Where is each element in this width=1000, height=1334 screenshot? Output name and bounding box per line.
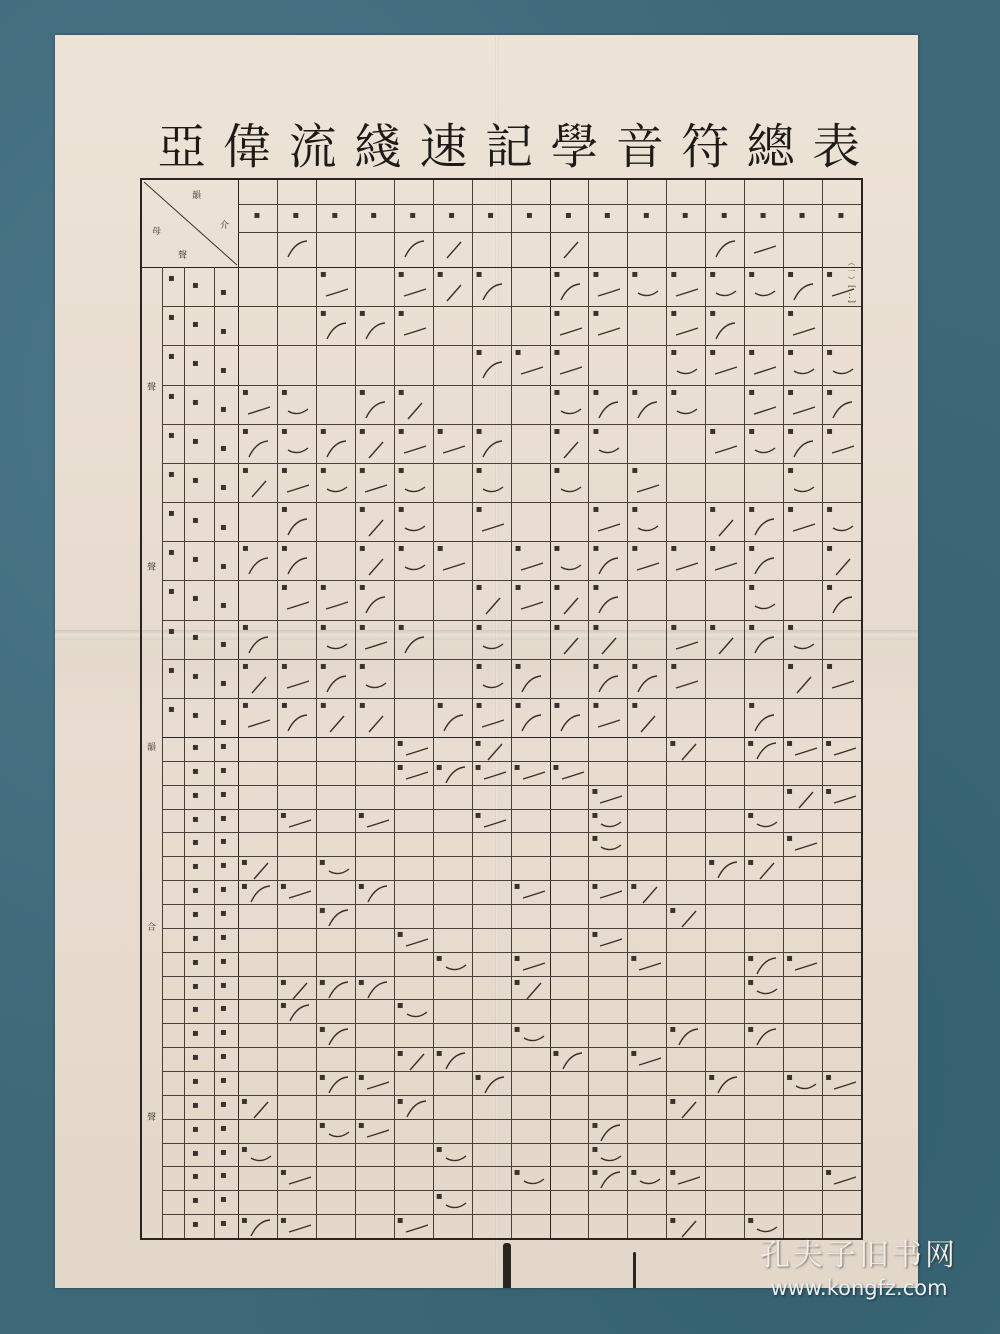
shorthand-stroke-icon <box>558 438 584 460</box>
cell-character-mark: ▪ <box>192 280 199 291</box>
shorthand-stroke-icon <box>596 594 622 616</box>
grid-line <box>355 180 356 1238</box>
shorthand-stroke-icon <box>830 438 856 460</box>
shorthand-stroke-icon <box>443 1193 469 1215</box>
cell-character-mark: ▪ <box>514 1167 521 1178</box>
shorthand-stroke-icon <box>521 1169 547 1191</box>
cell-character-mark: ▪ <box>826 426 833 437</box>
cell-character-mark: ▪ <box>748 543 755 554</box>
cell-character-mark: ▪ <box>670 347 677 358</box>
cell-character-mark: ▪ <box>826 504 833 515</box>
grid-line <box>142 267 861 268</box>
shorthand-stroke-icon <box>248 1146 274 1168</box>
cell-character-mark: ▪ <box>709 269 716 280</box>
cell-character-mark: ▪ <box>358 810 365 821</box>
shorthand-stroke-icon <box>558 238 584 260</box>
cell-character-mark: ▪ <box>591 1167 598 1178</box>
cell-character-mark: ▪ <box>281 504 288 515</box>
shorthand-stroke-icon <box>558 555 584 577</box>
cell-character-mark: ▪ <box>515 700 522 711</box>
shorthand-stroke-icon <box>754 812 780 834</box>
cell-character-mark: ▪ <box>786 738 793 749</box>
cell-character-mark: ▪ <box>630 881 637 892</box>
cell-character-mark: ▪ <box>242 426 249 437</box>
shorthand-stroke-icon <box>637 883 663 905</box>
cell-character-mark: ▪ <box>220 789 227 800</box>
shorthand-stroke-icon <box>287 883 313 905</box>
cell-character-mark: ▪ <box>320 700 327 711</box>
cell-character-mark: ▪ <box>192 475 199 486</box>
title-char: 表 <box>805 108 870 177</box>
cell-character-mark: ▪ <box>721 210 728 221</box>
cell-character-mark: ▪ <box>436 953 443 964</box>
row-group-label: 聲 <box>147 1110 156 1123</box>
shorthand-stroke-icon <box>791 359 817 381</box>
shorthand-stroke-icon <box>713 320 739 342</box>
cell-character-mark: ▪ <box>409 210 416 221</box>
shorthand-stroke-icon <box>521 979 547 1001</box>
cell-character-mark: ▪ <box>220 860 227 871</box>
shorthand-stroke-icon <box>752 634 778 656</box>
cell-character-mark: ▪ <box>787 426 794 437</box>
shorthand-stroke-icon <box>402 555 428 577</box>
shorthand-stroke-icon <box>287 812 313 834</box>
grid-line <box>162 620 861 621</box>
cell-character-mark: ▪ <box>747 977 754 988</box>
shorthand-stroke-icon <box>674 634 700 656</box>
cell-character-mark: ▪ <box>631 387 638 398</box>
title-char: 亞 <box>150 108 215 177</box>
cell-character-mark: ▪ <box>514 977 521 988</box>
cell-character-mark: ▪ <box>192 814 199 825</box>
shorthand-stroke-icon <box>285 712 311 734</box>
cell-character-mark: ▪ <box>747 738 754 749</box>
cell-character-mark: ▪ <box>826 269 833 280</box>
cell-character-mark: ▪ <box>220 884 227 895</box>
shorthand-stroke-icon <box>558 477 584 499</box>
cell-character-mark: ▪ <box>168 508 175 519</box>
cell-character-mark: ▪ <box>220 365 227 376</box>
grid-line <box>162 345 861 346</box>
cell-character-mark: ▪ <box>241 857 248 868</box>
shorthand-stroke-icon <box>480 281 506 303</box>
shorthand-stroke-icon <box>832 740 858 762</box>
cell-character-mark: ▪ <box>397 929 404 940</box>
cell-character-mark: ▪ <box>475 762 482 773</box>
watermark-url: www.kongfz.com <box>760 1276 958 1300</box>
cell-character-mark: ▪ <box>359 504 366 515</box>
shorthand-stroke-icon <box>285 399 311 421</box>
cell-character-mark: ▪ <box>437 426 444 437</box>
shorthand-stroke-icon <box>519 712 545 734</box>
cell-character-mark: ▪ <box>398 465 405 476</box>
cell-character-mark: ▪ <box>242 543 249 554</box>
margin-note: （一）[...] <box>843 258 857 304</box>
cell-character-mark: ▪ <box>748 700 755 711</box>
cell-character-mark: ▪ <box>220 482 227 493</box>
cell-character-mark: ▪ <box>709 308 716 319</box>
shorthand-stroke-icon <box>519 673 545 695</box>
grid-line <box>162 424 861 425</box>
cell-character-mark: ▪ <box>281 582 288 593</box>
cell-character-mark: ▪ <box>280 1000 287 1011</box>
cell-character-mark: ▪ <box>592 543 599 554</box>
cell-character-mark: ▪ <box>242 622 249 633</box>
shorthand-stroke-icon <box>402 516 428 538</box>
grid-line <box>511 180 512 1238</box>
cell-character-mark: ▪ <box>670 661 677 672</box>
shorthand-stroke-icon <box>441 281 467 303</box>
cell-character-mark: ▪ <box>709 426 716 437</box>
document-title: 亞偉流綫速記學音符總表 <box>150 108 870 177</box>
cell-character-mark: ▪ <box>436 762 443 773</box>
title-char: 流 <box>281 108 346 177</box>
shorthand-stroke-icon <box>324 594 350 616</box>
shorthand-stroke-icon <box>791 320 817 342</box>
cell-character-mark: ▪ <box>514 1024 521 1035</box>
shorthand-stroke-icon <box>713 634 739 656</box>
grid-line <box>162 580 861 581</box>
cell-character-mark: ▪ <box>192 1028 199 1039</box>
shorthand-stroke-icon <box>480 594 506 616</box>
shorthand-stroke-icon <box>830 673 856 695</box>
grid-line <box>162 785 861 786</box>
cell-character-mark: ▪ <box>319 905 326 916</box>
shorthand-stroke-icon <box>754 1026 780 1048</box>
grid-line <box>316 180 317 1238</box>
cell-character-mark: ▪ <box>192 1148 199 1159</box>
cell-character-mark: ▪ <box>358 1072 365 1083</box>
cell-character-mark: ▪ <box>786 953 793 964</box>
cell-character-mark: ▪ <box>320 308 327 319</box>
title-char: 總 <box>739 108 804 177</box>
cell-character-mark: ▪ <box>592 426 599 437</box>
shorthand-stroke-icon <box>598 835 624 857</box>
cell-character-mark: ▪ <box>220 717 227 728</box>
shorthand-stroke-icon <box>752 399 778 421</box>
cell-character-mark: ▪ <box>220 932 227 943</box>
cell-character-mark: ▪ <box>359 387 366 398</box>
shorthand-stroke-icon <box>793 1074 819 1096</box>
shorthand-stroke-icon <box>480 438 506 460</box>
shorthand-stroke-icon <box>715 1074 741 1096</box>
shorthand-stroke-icon <box>324 634 350 656</box>
title-char: 符 <box>674 108 739 177</box>
shorthand-stroke-icon <box>326 907 352 929</box>
cell-character-mark: ▪ <box>192 1004 199 1015</box>
grid-line <box>472 180 473 1238</box>
shorthand-stroke-icon <box>402 320 428 342</box>
title-char: 音 <box>608 108 673 177</box>
title-char: 偉 <box>215 108 280 177</box>
shorthand-stroke-icon <box>402 634 428 656</box>
shorthand-stroke-icon <box>363 516 389 538</box>
shorthand-stroke-icon <box>558 320 584 342</box>
cell-character-mark: ▪ <box>669 1215 676 1226</box>
cell-character-mark: ▪ <box>168 547 175 558</box>
cell-character-mark: ▪ <box>359 308 366 319</box>
cell-character-mark: ▪ <box>631 661 638 672</box>
cell-character-mark: ▪ <box>320 622 327 633</box>
cell-character-mark: ▪ <box>476 582 483 593</box>
cell-character-mark: ▪ <box>220 1170 227 1181</box>
shorthand-stroke-icon <box>596 281 622 303</box>
watermark: 孔夫子旧书网 www.kongfz.com <box>760 1230 958 1300</box>
grid-line <box>162 1095 861 1096</box>
shorthand-stroke-icon <box>598 931 624 953</box>
cell-character-mark: ▪ <box>747 857 754 868</box>
cell-character-mark: ▪ <box>554 426 561 437</box>
shorthand-stroke-icon <box>635 399 661 421</box>
cell-character-mark: ▪ <box>825 786 832 797</box>
cell-character-mark: ▪ <box>168 586 175 597</box>
cell-character-mark: ▪ <box>787 269 794 280</box>
cell-character-mark: ▪ <box>825 1072 832 1083</box>
shorthand-stroke-icon <box>363 438 389 460</box>
cell-character-mark: ▪ <box>476 426 483 437</box>
cell-character-mark: ▪ <box>786 833 793 844</box>
cell-character-mark: ▪ <box>280 1167 287 1178</box>
shorthand-stroke-icon <box>596 555 622 577</box>
shorthand-stroke-icon <box>519 359 545 381</box>
shorthand-stroke-icon <box>482 764 508 786</box>
cell-character-mark: ▪ <box>168 430 175 441</box>
shorthand-stroke-icon <box>676 1169 702 1191</box>
shorthand-stroke-icon <box>752 359 778 381</box>
cell-character-mark: ▪ <box>799 210 806 221</box>
shorthand-stroke-icon <box>713 359 739 381</box>
cell-character-mark: ▪ <box>591 1120 598 1131</box>
shorthand-stroke-icon <box>560 1050 586 1072</box>
shorthand-stroke-icon <box>637 1169 663 1191</box>
cell-character-mark: ▪ <box>748 622 755 633</box>
shorthand-stroke-icon <box>558 712 584 734</box>
cell-character-mark: ▪ <box>192 766 199 777</box>
cell-character-mark: ▪ <box>670 387 677 398</box>
cell-character-mark: ▪ <box>220 956 227 967</box>
shorthand-stroke-icon <box>598 1122 624 1144</box>
shorthand-stroke-icon <box>363 555 389 577</box>
cell-character-mark: ▪ <box>281 387 288 398</box>
shorthand-stroke-icon <box>715 859 741 881</box>
cell-character-mark: ▪ <box>787 465 794 476</box>
shorthand-stroke-icon <box>754 955 780 977</box>
cell-character-mark: ▪ <box>220 741 227 752</box>
cell-character-mark: ▪ <box>398 308 405 319</box>
shorthand-stroke-icon <box>480 359 506 381</box>
cell-character-mark: ▪ <box>358 881 365 892</box>
cell-character-mark: ▪ <box>669 1167 676 1178</box>
shorthand-stroke-icon <box>791 516 817 538</box>
cell-character-mark: ▪ <box>220 561 227 572</box>
grid-line <box>162 809 861 810</box>
shorthand-stroke-icon <box>246 555 272 577</box>
shorthand-stroke-icon <box>443 1050 469 1072</box>
shorthand-stroke-icon <box>480 712 506 734</box>
cell-character-mark: ▪ <box>192 742 199 753</box>
cell-character-mark: ▪ <box>397 738 404 749</box>
cell-character-mark: ▪ <box>220 1147 227 1158</box>
cell-character-mark: ▪ <box>592 700 599 711</box>
grid-line <box>238 180 239 1238</box>
cell-character-mark: ▪ <box>669 1096 676 1107</box>
shorthand-stroke-icon <box>519 555 545 577</box>
cell-character-mark: ▪ <box>192 632 199 643</box>
cell-character-mark: ▪ <box>787 661 794 672</box>
shorthand-stroke-icon <box>521 1026 547 1048</box>
cell-character-mark: ▪ <box>709 543 716 554</box>
grid-line <box>162 856 861 857</box>
cell-character-mark: ▪ <box>192 933 199 944</box>
cell-character-mark: ▪ <box>565 210 572 221</box>
cell-character-mark: ▪ <box>192 837 199 848</box>
shorthand-stroke-icon <box>285 477 311 499</box>
cell-character-mark: ▪ <box>168 312 175 323</box>
cell-character-mark: ▪ <box>192 319 199 330</box>
cell-character-mark: ▪ <box>515 347 522 358</box>
cell-character-mark: ▪ <box>709 347 716 358</box>
cell-character-mark: ▪ <box>359 661 366 672</box>
shorthand-stroke-icon <box>596 673 622 695</box>
grid-line <box>162 1190 861 1191</box>
shorthand-stroke-icon <box>326 1026 352 1048</box>
shorthand-stroke-icon <box>676 907 702 929</box>
cell-character-mark: ▪ <box>631 269 638 280</box>
shorthand-stroke-icon <box>402 399 428 421</box>
shorthand-stroke-icon <box>246 712 272 734</box>
row-group-label: 合 <box>147 920 156 933</box>
shorthand-stroke-icon <box>830 359 856 381</box>
shorthand-stroke-icon <box>441 438 467 460</box>
cell-character-mark: ▪ <box>220 600 227 611</box>
cell-character-mark: ▪ <box>476 504 483 515</box>
cell-character-mark: ▪ <box>398 622 405 633</box>
cell-character-mark: ▪ <box>825 1167 832 1178</box>
cell-character-mark: ▪ <box>320 465 327 476</box>
shorthand-stroke-icon <box>793 955 819 977</box>
shorthand-stroke-icon <box>830 594 856 616</box>
cell-character-mark: ▪ <box>292 210 299 221</box>
cell-character-mark: ▪ <box>319 1120 326 1131</box>
cell-character-mark: ▪ <box>748 504 755 515</box>
cell-character-mark: ▪ <box>448 210 455 221</box>
shorthand-stroke-icon <box>521 883 547 905</box>
cell-character-mark: ▪ <box>220 678 227 689</box>
cell-character-mark: ▪ <box>669 1024 676 1035</box>
corner-header-cell: 韻 介 聲 母 <box>142 180 239 267</box>
grid-line <box>184 267 185 1238</box>
shorthand-stroke-icon <box>791 634 817 656</box>
shorthand-stroke-icon <box>441 555 467 577</box>
cell-character-mark: ▪ <box>398 426 405 437</box>
shorthand-stroke-icon <box>752 438 778 460</box>
grid-line <box>433 180 434 1238</box>
shorthand-stroke-icon <box>793 740 819 762</box>
cell-character-mark: ▪ <box>747 1024 754 1035</box>
cell-character-mark: ▪ <box>514 953 521 964</box>
cell-character-mark: ▪ <box>168 626 175 637</box>
shorthand-stroke-icon <box>598 1169 624 1191</box>
cell-character-mark: ▪ <box>515 582 522 593</box>
cell-character-mark: ▪ <box>331 210 338 221</box>
shorthand-stroke-icon <box>326 1122 352 1144</box>
cell-character-mark: ▪ <box>192 1100 199 1111</box>
title-char: 記 <box>477 108 542 177</box>
cell-character-mark: ▪ <box>220 813 227 824</box>
cell-character-mark: ▪ <box>220 443 227 454</box>
shorthand-stroke-icon <box>324 712 350 734</box>
cell-character-mark: ▪ <box>786 786 793 797</box>
shorthand-stroke-icon <box>635 555 661 577</box>
shorthand-stroke-icon <box>596 634 622 656</box>
cell-character-mark: ▪ <box>253 210 260 221</box>
cell-character-mark: ▪ <box>591 833 598 844</box>
shorthand-stroke-icon <box>365 979 391 1001</box>
cell-character-mark: ▪ <box>708 1072 715 1083</box>
cell-character-mark: ▪ <box>747 810 754 821</box>
cell-character-mark: ▪ <box>592 622 599 633</box>
grid-line <box>162 267 163 1238</box>
shorthand-stroke-icon <box>285 555 311 577</box>
grid-line <box>162 928 861 929</box>
shorthand-stroke-icon <box>363 673 389 695</box>
cell-character-mark: ▪ <box>192 1052 199 1063</box>
cell-character-mark: ▪ <box>748 582 755 593</box>
shorthand-stroke-icon <box>324 320 350 342</box>
shorthand-stroke-icon <box>482 1074 508 1096</box>
shorthand-stroke-icon <box>598 883 624 905</box>
cell-character-mark: ▪ <box>747 953 754 964</box>
shorthand-stroke-icon <box>285 238 311 260</box>
shorthand-stroke-icon <box>596 712 622 734</box>
cell-character-mark: ▪ <box>220 1123 227 1134</box>
cell-character-mark: ▪ <box>554 543 561 554</box>
cell-character-mark: ▪ <box>397 1000 404 1011</box>
cell-character-mark: ▪ <box>281 465 288 476</box>
cell-character-mark: ▪ <box>192 957 199 968</box>
cell-character-mark: ▪ <box>786 1072 793 1083</box>
cell-character-mark: ▪ <box>281 661 288 672</box>
cell-character-mark: ▪ <box>241 1144 248 1155</box>
shorthand-stroke-icon <box>326 1074 352 1096</box>
cell-character-mark: ▪ <box>398 504 405 515</box>
cell-character-mark: ▪ <box>241 881 248 892</box>
shorthand-symbol-table: 韻 介 聲 母 聲聲韻合聲▪▪▪▪▪▪▪▪▪▪▪▪▪▪▪▪▪▪▪▪▪▪▪▪▪▪▪… <box>140 178 863 1240</box>
shorthand-stroke-icon <box>404 1217 430 1239</box>
cell-character-mark: ▪ <box>398 543 405 554</box>
cell-character-mark: ▪ <box>220 1003 227 1014</box>
cell-character-mark: ▪ <box>192 885 199 896</box>
grid-line <box>162 463 861 464</box>
shorthand-stroke-icon <box>482 740 508 762</box>
cell-character-mark: ▪ <box>220 1218 227 1229</box>
cell-character-mark: ▪ <box>554 269 561 280</box>
cell-character-mark: ▪ <box>787 347 794 358</box>
grid-line <box>550 180 551 1238</box>
shorthand-stroke-icon <box>752 516 778 538</box>
cell-character-mark: ▪ <box>358 1120 365 1131</box>
shorthand-stroke-icon <box>713 238 739 260</box>
cell-character-mark: ▪ <box>370 210 377 221</box>
shorthand-stroke-icon <box>635 712 661 734</box>
shorthand-stroke-icon <box>404 1098 430 1120</box>
corner-label-bottom: 聲 <box>178 248 187 261</box>
shorthand-stroke-icon <box>598 1146 624 1168</box>
cell-character-mark: ▪ <box>826 543 833 554</box>
cell-character-mark: ▪ <box>319 1024 326 1035</box>
cell-character-mark: ▪ <box>192 710 199 721</box>
cell-character-mark: ▪ <box>787 504 794 515</box>
